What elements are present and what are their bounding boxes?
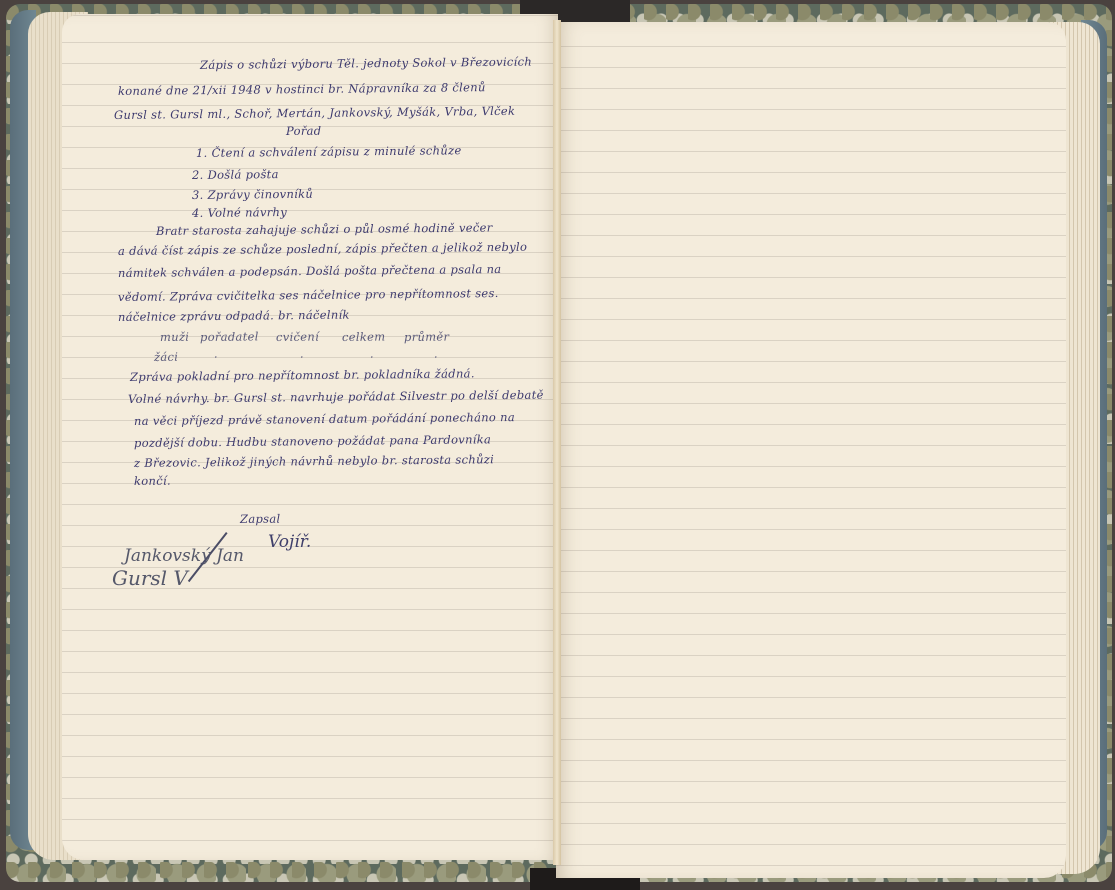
attendance-cell: cvičení [276, 330, 319, 344]
body-line: končí. [134, 474, 171, 488]
secretary-signature: Vojíř. [268, 532, 311, 552]
right-page [556, 22, 1066, 878]
signature-1: Jankovský Jan [124, 546, 244, 566]
attendance-cell: žáci [154, 350, 178, 364]
attendance-cell: · [214, 350, 218, 364]
attendance-cell: · [370, 350, 374, 364]
agenda-item: 1. Čtení a schválení zápisu z minulé sch… [196, 143, 462, 160]
attendance-cell: průměr [404, 330, 449, 344]
attendance-cell: pořadatel [200, 329, 259, 344]
attendance-cell: · [434, 350, 438, 364]
body-line: náčelnice zprávu odpadá. br. náčelník [118, 308, 350, 324]
agenda-item: 3. Zprávy činovníků [192, 187, 313, 202]
signature-2: Gursl V [112, 566, 188, 590]
attendance-cell: · [300, 350, 304, 364]
agenda-label: Pořad [286, 124, 322, 138]
agenda-item: 2. Došlá pošta [192, 167, 279, 182]
attendance-cell: muži [160, 330, 189, 344]
agenda-item: 4. Volné návrhy [192, 205, 287, 220]
attendance-cell: celkem [342, 330, 386, 344]
zapsal-label: Zapsal [240, 512, 281, 526]
page-gutter [553, 20, 561, 865]
